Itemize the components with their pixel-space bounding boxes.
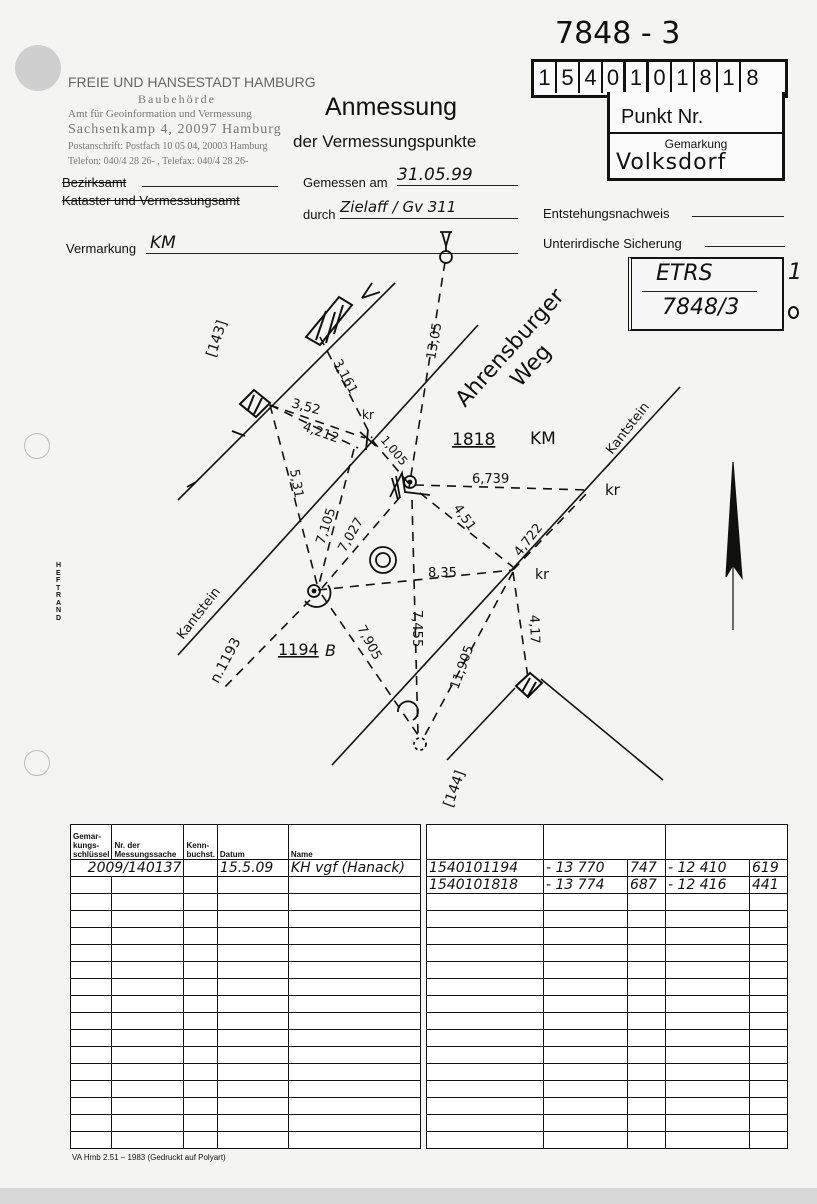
- point-type-km: KM: [530, 429, 556, 449]
- cell-coord-x-mm: 687: [628, 877, 666, 894]
- header-name: Name: [288, 825, 420, 860]
- measurement: 8,35: [428, 566, 457, 581]
- cell-coord-x: - 13 774: [544, 877, 628, 894]
- table-row: [427, 1013, 788, 1030]
- measurement: 4,17: [526, 615, 542, 644]
- table-row: [71, 894, 421, 911]
- form-footer: VA Hmb 2.51 – 1983 (Gedruckt auf Polyart…: [72, 1153, 226, 1162]
- cell-point-number: 1540101818: [427, 877, 544, 894]
- cell-name: KH vgf (Hanack): [288, 860, 420, 877]
- table-row: [427, 996, 788, 1013]
- measurement-file-table: Gemar-kungs-schlüssel Nr. der Messungssa…: [70, 824, 421, 1149]
- ref-1193: n.1193: [207, 635, 244, 686]
- kr-label-2: kr: [605, 481, 621, 499]
- table-row: [427, 1064, 788, 1081]
- cell-datum: 15.5.09: [217, 860, 288, 877]
- point-type-1194: B: [325, 641, 336, 660]
- table-row: [71, 945, 421, 962]
- table-row: [71, 996, 421, 1013]
- measurement: 7,027: [335, 515, 367, 555]
- table-row: [71, 1132, 421, 1149]
- measurement: 5,31: [286, 468, 306, 499]
- table-row: [427, 894, 788, 911]
- table-row: [427, 945, 788, 962]
- parcel-144: [144]: [441, 769, 469, 810]
- table-row: 1540101194 - 13 770 747 - 12 410 619: [427, 860, 788, 877]
- street-name-1: Ahrensburger: [451, 283, 570, 412]
- table-row: 1540101818 - 13 774 687 - 12 416 441: [427, 877, 788, 894]
- point-label-1818: 1818: [452, 430, 495, 450]
- table-row: [71, 1047, 421, 1064]
- table-row: [427, 928, 788, 945]
- header-kennbuchstabe: Kenn-buchst.: [184, 825, 217, 860]
- table-row: [71, 962, 421, 979]
- coordinates-table: 1540101194 - 13 770 747 - 12 410 619 154…: [426, 824, 788, 1149]
- cell-messungssache: 2009/140137: [71, 860, 184, 877]
- header-gemarkungsschluessel: Gemar-kungs-schlüssel: [71, 825, 112, 860]
- table-row: 2009/140137 15.5.09 KH vgf (Hanack): [71, 860, 421, 877]
- table-row: [427, 962, 788, 979]
- measurement: 7,105: [314, 506, 340, 546]
- measurement: 4,212: [301, 420, 341, 447]
- cell-coord-y: - 12 416: [666, 877, 750, 894]
- measurement: 3,161: [329, 357, 360, 397]
- curb-label-right: Kantstein: [603, 400, 653, 458]
- header-messungssache: Nr. der Messungssache: [112, 825, 184, 860]
- cell-coord-x-mm: 747: [628, 860, 666, 877]
- measurement: 7,905: [353, 623, 384, 663]
- table-row: [71, 877, 421, 894]
- table-row: [71, 911, 421, 928]
- table-row: [71, 1013, 421, 1030]
- cell-coord-y-mm: 441: [750, 877, 788, 894]
- cell-point-number: 1540101194: [427, 860, 544, 877]
- parcel-143: [143]: [204, 318, 231, 359]
- kr-label-3: kr: [535, 567, 549, 583]
- table-row: [71, 1115, 421, 1132]
- measurement: 3,52: [290, 396, 322, 418]
- table-row: [427, 1030, 788, 1047]
- table-row: [71, 979, 421, 996]
- measurement: 13,05: [424, 321, 445, 360]
- table-row: [71, 928, 421, 945]
- table-row: [427, 1115, 788, 1132]
- table-row: [427, 1098, 788, 1115]
- table-row: [427, 1047, 788, 1064]
- kr-label-1: kr: [362, 408, 374, 422]
- cell-coord-y: - 12 410: [666, 860, 750, 877]
- point-label-1194: 1194: [278, 640, 319, 659]
- table-row: [427, 979, 788, 996]
- table-row: [71, 1081, 421, 1098]
- margin-label: HEFTRAND: [56, 562, 64, 622]
- cell-coord-x: - 13 770: [544, 860, 628, 877]
- header-datum: Datum: [217, 825, 288, 860]
- table-row: [71, 1030, 421, 1047]
- cell-kennbuchstabe: [184, 860, 217, 877]
- measurement: 11,905: [448, 643, 478, 691]
- table-row: [71, 1064, 421, 1081]
- scan-edge: [0, 1188, 817, 1204]
- cell-coord-y-mm: 619: [750, 860, 788, 877]
- table-row: [71, 1098, 421, 1115]
- measurement: 4,51: [450, 502, 479, 534]
- measurement: 6,739: [472, 472, 509, 487]
- table-row: [427, 1081, 788, 1098]
- measurement: 7,455: [409, 610, 424, 647]
- table-row: [427, 911, 788, 928]
- table-row: [427, 1132, 788, 1149]
- measurement: 1,005: [378, 433, 411, 468]
